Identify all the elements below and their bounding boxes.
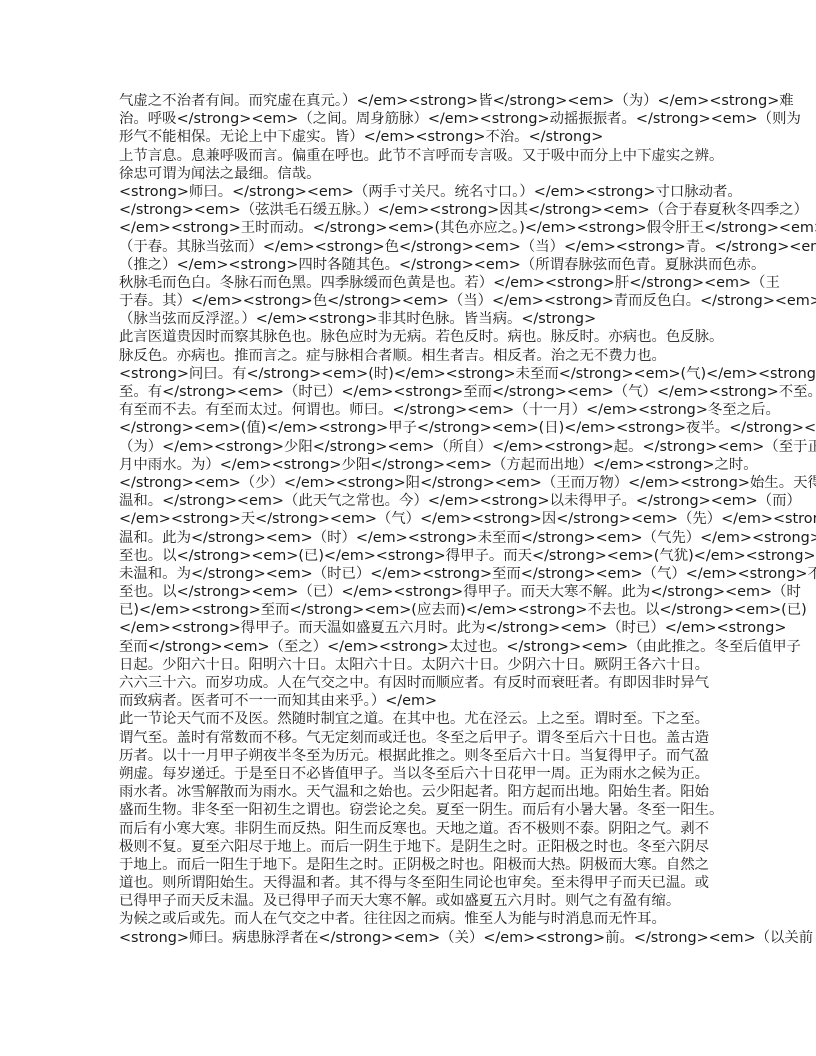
text-line: 未温和。为</strong><em>（时已）</em><strong>至而</s… [119, 565, 699, 583]
commentary-line: 脉反色。亦病也。推而言之。症与脉相合者顺。相生者吉。相反者。治之无不费力也。 [119, 347, 699, 365]
document-page: 气虚之不治者有间。而究虚在真元。）</em><strong>皆</strong>… [119, 92, 699, 947]
text-line: </em><strong>天</strong><em>（气）</em><stro… [119, 510, 699, 528]
commentary-line: 道也。则所谓阳始生。天得温和者。其不得与冬至阳生同论也审矣。至未得甲子而天已温。… [119, 874, 699, 892]
text-line: 于春。其）</em><strong>色</strong><em>（当）</em>… [119, 292, 699, 310]
text-line: 秋脉毛而色白。冬脉石而色黑。四季脉缓而色黄是也。若）</em><strong>肝… [119, 274, 699, 292]
text-line: 至。有</strong><em>（时已）</em><strong>至而</str… [119, 383, 699, 401]
text-line: </strong><em>(值)</em><strong>甲子</strong>… [119, 419, 699, 437]
text-line: 有至而不去。有至而太过。何谓也。师曰。</strong><em>（十一月）</e… [119, 401, 699, 419]
commentary-line: 极则不复。夏至六阳尽于地上。而后一阴生于地下。是阴生之时。正阳极之时也。冬至六阴… [119, 838, 699, 856]
commentary-line: 上节言息。息兼呼吸而言。偏重在呼也。此节不言呼而专言吸。又于吸中而分上中下虚实之… [119, 147, 699, 165]
text-line: 月中雨水。为）</em><strong>少阳</strong><em>（方起而出… [119, 456, 699, 474]
text-line: 至也。以</strong><em>（已）</em><strong>得甲子。而天大… [119, 583, 699, 601]
text-line: （为）</em><strong>少阳</strong><em>（所自）</em>… [119, 438, 699, 456]
text-line: （于春。其脉当弦而）</em><strong>色</strong><em>（当）… [119, 238, 699, 256]
text-line: 形气不能相保。无论上中下虚实。皆）</em><strong>不治。</stron… [119, 128, 699, 146]
commentary-line: 已得甲子而天反未温。及已得甲子而天大寒不解。或如盛夏五六月时。则气之有盈有缩。 [119, 892, 699, 910]
commentary-line: 为候之或后或先。而人在气交之中者。往往因之而病。惟至人为能与时消息而无忤耳。 [119, 910, 699, 928]
text-line: <strong>师曰。病患脉浮者在</strong><em>（关）</em><s… [119, 929, 699, 947]
text-line: 治。呼吸</strong><em>（之间。周身筋脉）</em><strong>动… [119, 110, 699, 128]
commentary-line: 雨水者。冰雪解散而为雨水。天气温和之始也。云少阳起者。阳方起而出地。阳始生者。阳… [119, 783, 699, 801]
text-line: </strong><em>（少）</em><strong>阳</strong><… [119, 474, 699, 492]
text-line: 气虚之不治者有间。而究虚在真元。）</em><strong>皆</strong>… [119, 92, 699, 110]
text-line: 至也。以</strong><em>(已)</em><strong>得甲子。而天<… [119, 547, 699, 565]
text-line: <strong>问曰。有</strong><em>(时)</em><strong… [119, 365, 699, 383]
text-line: 至而</strong><em>（至之）</em><strong>太过也。</st… [119, 638, 699, 656]
commentary-line: 谓气至。盖时有常数而不移。气无定刻而或迁也。冬至之后甲子。谓冬至后六十日也。盖古… [119, 729, 699, 747]
text-line: 已)</em><strong>至而</strong><em>(应去而)</em>… [119, 601, 699, 619]
text-line: <strong>师曰。</strong><em>（两手寸关尺。统名寸口。）</e… [119, 183, 699, 201]
commentary-line: 此一节论天气而不及医。然随时制宜之道。在其中也。尤在泾云。上之至。谓时至。下之至… [119, 710, 699, 728]
commentary-line: 此言医道贵因时而察其脉色也。脉色应时为无病。若色反时。病也。脉反时。亦病也。色反… [119, 328, 699, 346]
commentary-line: 历者。以十一月甲子朔夜半冬至为历元。根据此推之。则冬至后六十日。当复得甲子。而气… [119, 747, 699, 765]
commentary-line: 而后有小寒大寒。非阴生而反热。阳生而反寒也。天地之道。否不极则不泰。阴阳之气。剥… [119, 820, 699, 838]
text-line: （推之）</em><strong>四时各随其色。</strong><em>（所谓… [119, 256, 699, 274]
text-line: </em><strong>王时而动。</strong><em>(其色亦应之。)<… [119, 219, 699, 237]
commentary-line: 于地上。而后一阳生于地下。是阳生之时。正阴极之时也。阳极而大热。阴极而大寒。自然… [119, 856, 699, 874]
commentary-line: 朔虚。每岁递迁。于是至日不必皆值甲子。当以冬至后六十日花甲一周。正为雨水之候为正… [119, 765, 699, 783]
text-line: </em><strong>得甲子。而天温如盛夏五六月时。此为</strong><… [119, 619, 699, 637]
text-line: 日起。少阳六十日。阳明六十日。太阳六十日。太阴六十日。少阴六十日。厥阴王各六十日… [119, 656, 699, 674]
text-line: 而致病者。医者可不一一而知其由来乎。）</em> [119, 692, 699, 710]
text-line: （脉当弦而反浮涩。）</em><strong>非其时色脉。皆当病。</stron… [119, 310, 699, 328]
commentary-line: 徐忠可谓为闻法之最细。信哉。 [119, 165, 699, 183]
text-line: 六六三十六。而岁功成。人在气交之中。有因时而顺应者。有反时而衰旺者。有即因非时异… [119, 674, 699, 692]
commentary-line: 盛而生物。非冬至一阳初生之谓也。窃尝论之矣。夏至一阴生。而后有小暑大暑。冬至一阳… [119, 801, 699, 819]
text-line: </strong><em>（弦洪毛石缓五脉。）</em><strong>因其</… [119, 201, 699, 219]
text-line: 温和。</strong><em>（此天气之常也。今）</em><strong>以… [119, 492, 699, 510]
text-line: 温和。此为</strong><em>（时）</em><strong>未至而</s… [119, 529, 699, 547]
